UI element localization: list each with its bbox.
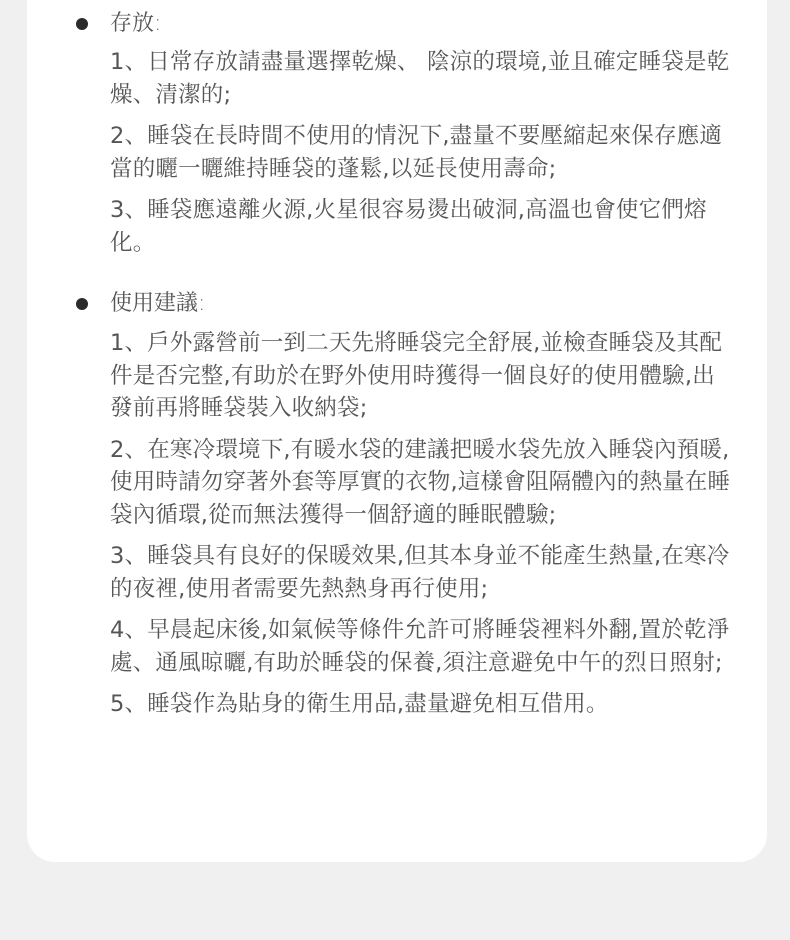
section-storage: 存放: 1、日常存放請盡量選擇乾燥、 陰涼的環境,並且確定睡袋是乾燥、清潔的; … (27, 9, 767, 268)
content-card: 存放: 1、日常存放請盡量選擇乾燥、 陰涼的環境,並且確定睡袋是乾燥、清潔的; … (27, 0, 767, 862)
list-item: 3、睡袋應遠離火源,火星很容易燙出破洞,高溫也會使它們熔化。 (110, 194, 735, 259)
list-item: 1、戶外露營前一到二天先將睡袋完全舒展,並檢查睡袋及其配件是否完整,有助於在野外… (110, 327, 735, 425)
list-item: 5、睡袋作為貼身的衛生用品,盡量避免相互借用。 (110, 688, 735, 721)
list-item: 2、在寒冷環境下,有暖水袋的建議把暖水袋先放入睡袋內預暖,使用時請勿穿著外套等厚… (110, 434, 735, 532)
section-title: 使用建議: (110, 289, 205, 319)
section-usage-tips: 使用建議: 1、戶外露營前一到二天先將睡袋完全舒展,並檢查睡袋及其配件是否完整,… (27, 289, 767, 730)
section-header: 存放: (27, 9, 767, 39)
section-header: 使用建議: (27, 289, 767, 319)
list-item: 3、睡袋具有良好的保暖效果,但其本身並不能產生熱量,在寒冷的夜裡,使用者需要先熱… (110, 540, 735, 605)
list-item: 4、早晨起床後,如氣候等條件允許可將睡袋裡料外翻,置於乾淨處、通風晾曬,有助於睡… (110, 614, 735, 679)
bullet-dot-icon (76, 298, 88, 310)
list-item: 2、睡袋在長時間不使用的情況下,盡量不要壓縮起來保存應適當的曬一曬維持睡袋的蓬鬆… (110, 120, 735, 185)
section-title: 存放: (110, 9, 161, 39)
bullet-dot-icon (76, 18, 88, 30)
list-item: 1、日常存放請盡量選擇乾燥、 陰涼的環境,並且確定睡袋是乾燥、清潔的; (110, 46, 735, 111)
